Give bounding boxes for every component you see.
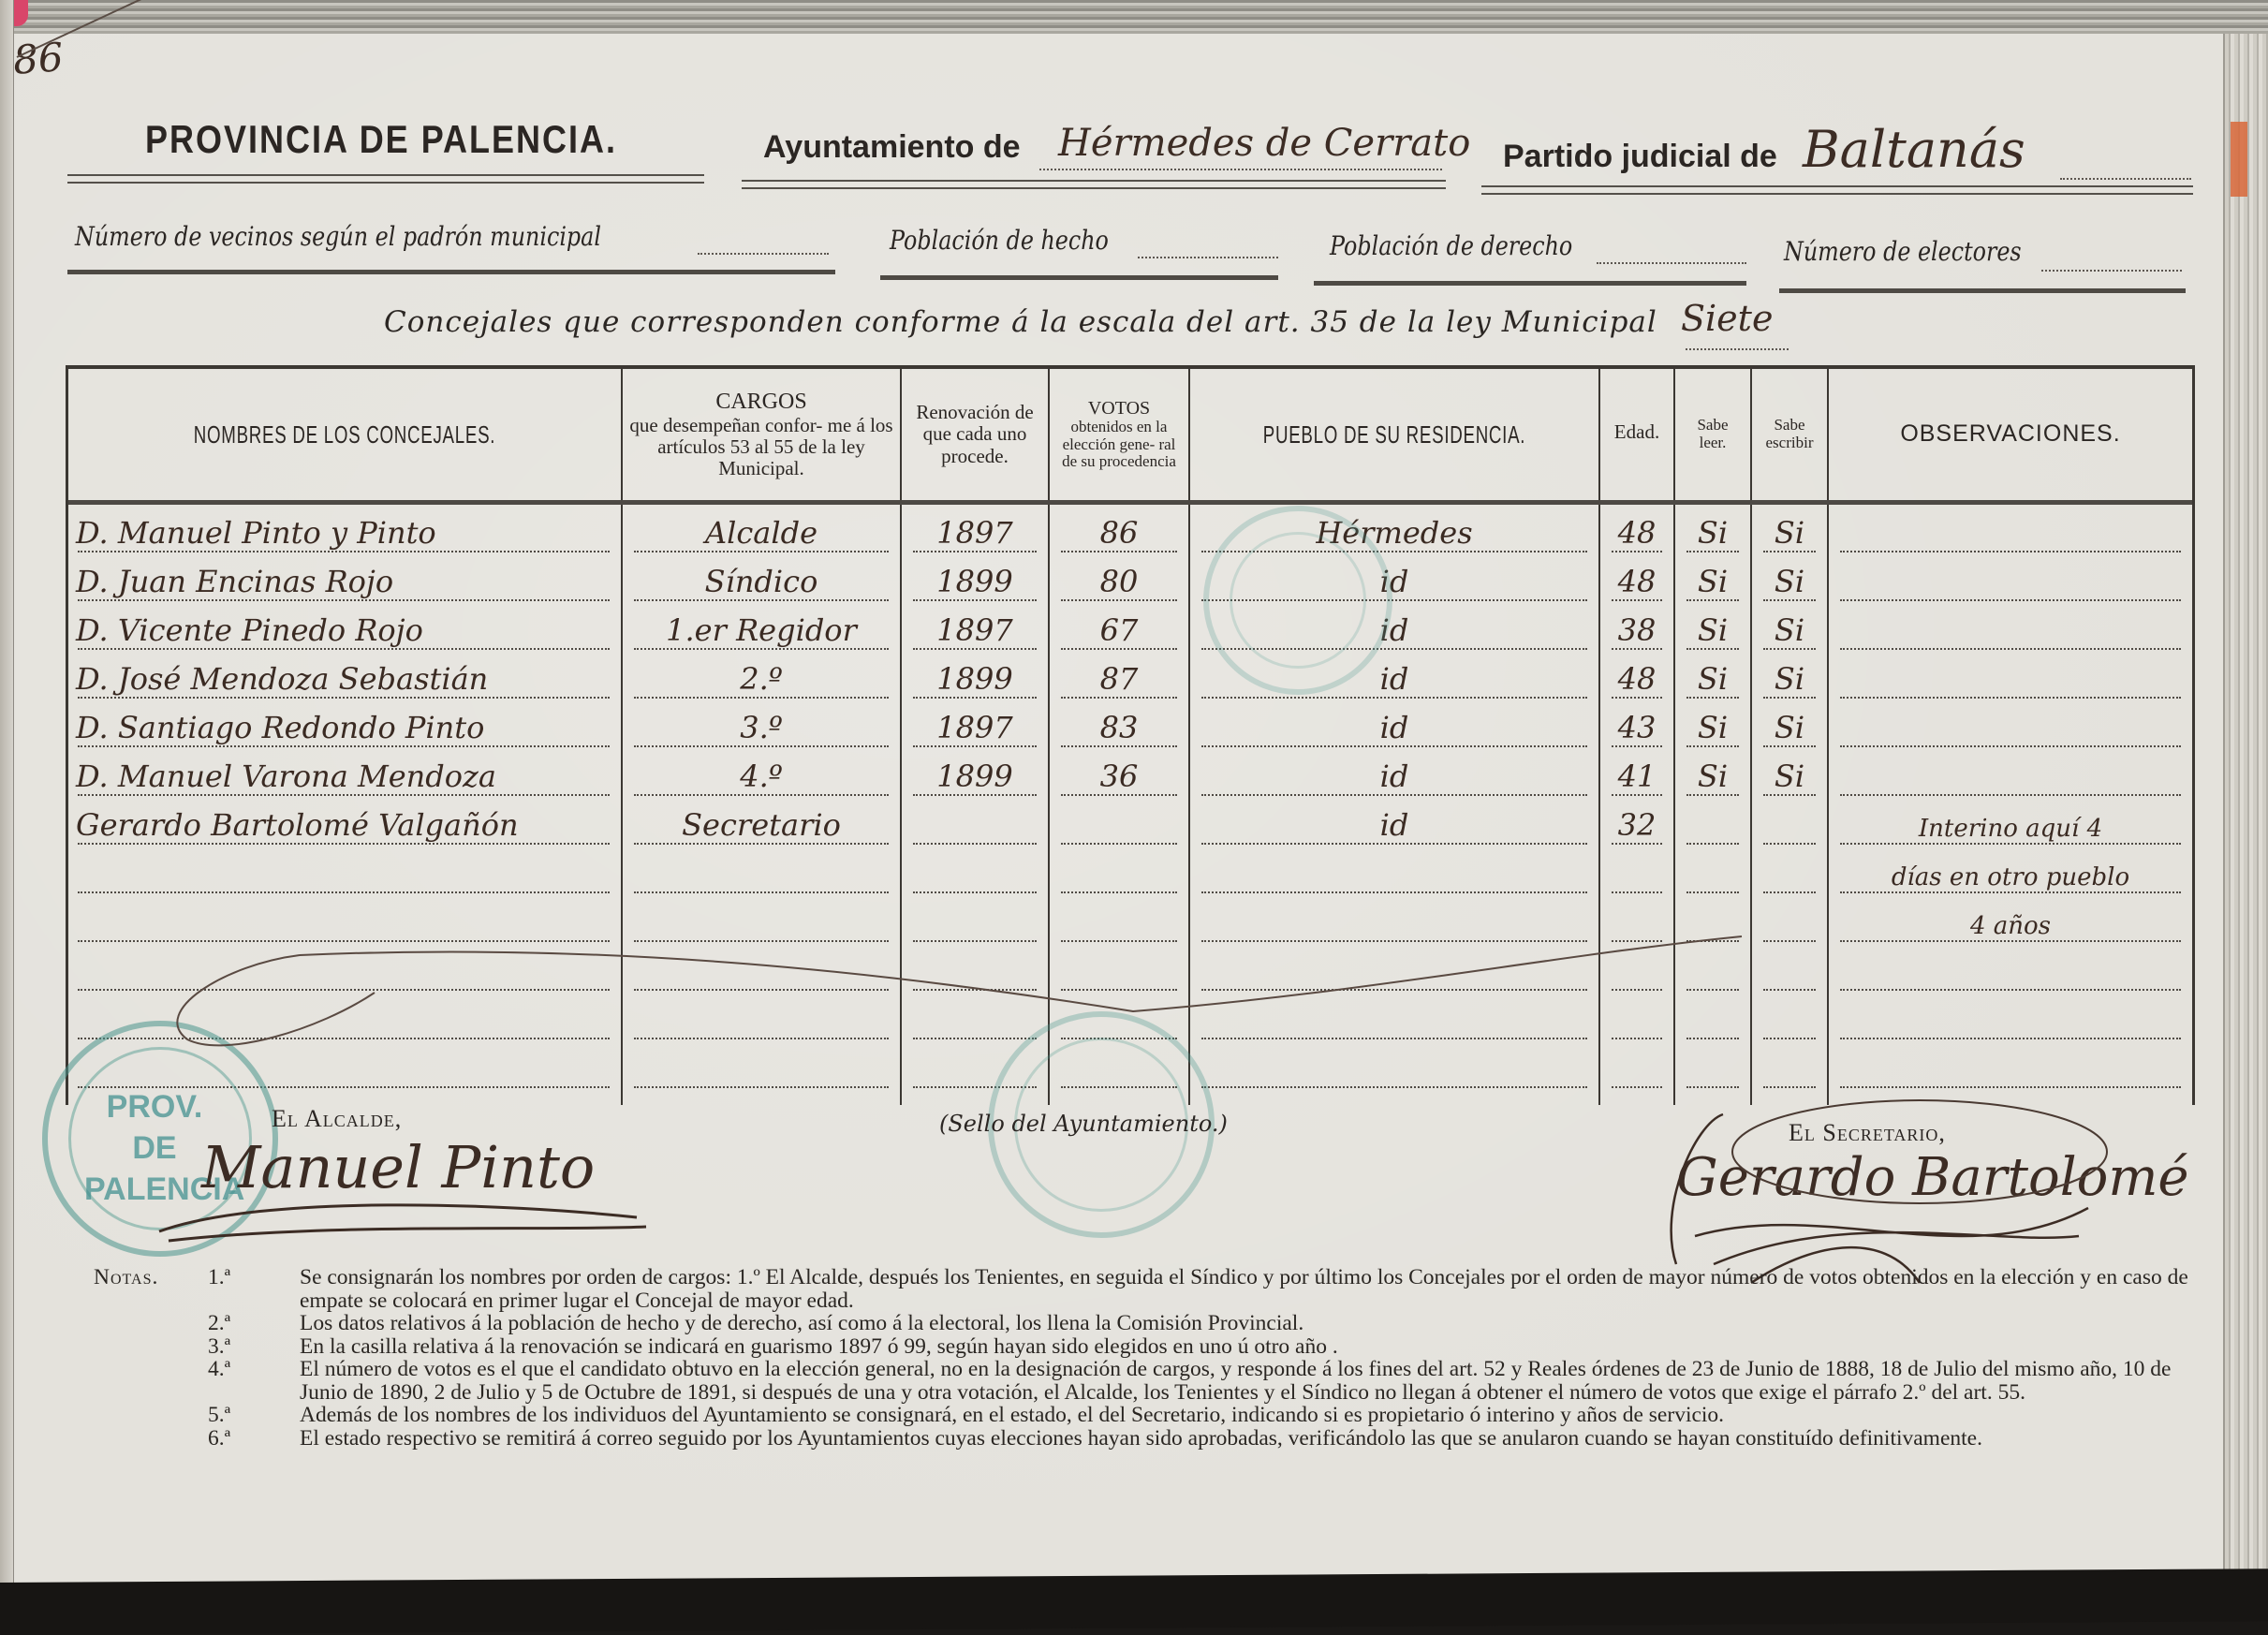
dotted-line: [1061, 551, 1177, 552]
dotted-line: [1840, 697, 2181, 699]
stamp-line: PROV.: [84, 1086, 225, 1127]
cell-escribir: Si: [1761, 661, 1818, 697]
dotted-line: [1686, 1086, 1739, 1088]
alcalde-label: El Alcalde,: [272, 1105, 402, 1133]
partido-value: Baltanás: [1803, 120, 2025, 179]
poblacion-derecho-field: [1597, 262, 1746, 264]
dotted-line: [1201, 843, 1587, 845]
table-row: D. Juan Encinas RojoSíndico189980id48SiS…: [68, 556, 2192, 605]
ayuntamiento-label: Ayuntamiento de: [763, 129, 1021, 166]
header-votos-title: VOTOS: [1088, 398, 1150, 419]
dotted-line: [913, 697, 1037, 699]
cell-pueblo: id: [1200, 807, 1589, 843]
note-item: 5.ªAdemás de los nombres de los individu…: [94, 1404, 2191, 1427]
cell-edad: 41: [1610, 759, 1664, 794]
province-title: PROVINCIA DE PALENCIA.: [145, 117, 617, 162]
vecinos-field: [698, 253, 829, 255]
note-number: 5.ª: [208, 1404, 230, 1427]
cancellation-stroke: [150, 936, 1742, 1058]
dotted-line: [1061, 891, 1177, 893]
cell-renovacion: 1897: [911, 612, 1038, 648]
cell-escribir: Si: [1761, 612, 1818, 648]
dotted-line: [1763, 843, 1816, 845]
note-item: 2.ªLos datos relativos á la población de…: [94, 1312, 2191, 1335]
dotted-line: [1201, 697, 1587, 699]
dotted-line: [1612, 648, 1662, 650]
header-nombres: NOMBRES DE LOS CONCEJALES.: [146, 369, 544, 500]
cell-nombre: D. Manuel Pinto y Pinto: [76, 515, 611, 551]
cell-leer: Si: [1685, 612, 1741, 648]
cell-leer: Si: [1685, 661, 1741, 697]
dotted-line: [1840, 1086, 2181, 1088]
dotted-line: [913, 551, 1037, 552]
table-row: días en otro pueblo: [68, 848, 2192, 897]
note-item: 3.ªEn la casilla relativa á la renovació…: [94, 1335, 2191, 1359]
dotted-line: [1763, 599, 1816, 601]
dotted-line: [634, 745, 889, 747]
cell-cargo: 4.º: [632, 759, 891, 794]
cell-pueblo: id: [1200, 759, 1589, 794]
rule: [1481, 185, 2193, 195]
poblacion-hecho-label: Población de hecho: [890, 225, 1109, 256]
dotted-line: [634, 648, 889, 650]
cell-escribir: Si: [1761, 759, 1818, 794]
dotted-line: [913, 745, 1037, 747]
ayuntamiento-value: Hérmedes de Cerrato: [1058, 122, 1470, 165]
cell-cargo: Alcalde: [632, 515, 891, 551]
poblacion-derecho-label: Población de derecho: [1330, 230, 1572, 261]
dotted-line: [1612, 697, 1662, 699]
dotted-line: [1686, 843, 1739, 845]
dotted-line: [1840, 843, 2181, 845]
notes-list: Notas.1.ªSe consignarán los nombres por …: [94, 1266, 2191, 1450]
cell-nombre: D. Juan Encinas Rojo: [76, 564, 611, 599]
cell-edad: 48: [1610, 661, 1664, 697]
header-sabe-leer: Sabe leer.: [1675, 369, 1750, 500]
dotted-line: [1612, 599, 1662, 601]
book-top-edge: [0, 0, 2268, 34]
dotted-line: [1612, 551, 1662, 552]
dotted-line: [634, 697, 889, 699]
dotted-line: [1763, 745, 1816, 747]
fill-line: [1686, 348, 1789, 350]
dotted-line: [1612, 745, 1662, 747]
header-votos-sub: obtenidos en la elección gene- ral de su…: [1050, 419, 1188, 471]
header-votos: VOTOS obtenidos en la elección gene- ral…: [1050, 369, 1188, 500]
note-text: Además de los nombres de los individuos …: [300, 1403, 1724, 1427]
dotted-line: [1763, 989, 1816, 991]
note-item: 4.ªEl número de votos es el que el candi…: [94, 1358, 2191, 1404]
cell-nombre: D. Santiago Redondo Pinto: [76, 710, 611, 745]
document-page: 86 PROVINCIA DE PALENCIA. Ayuntamiento d…: [0, 0, 2268, 1592]
cell-edad: 48: [1610, 564, 1664, 599]
cell-leer: Si: [1685, 564, 1741, 599]
header-rule: [68, 500, 2192, 505]
note-number: 1.ª: [208, 1266, 230, 1289]
dotted-line: [1840, 891, 2181, 893]
dotted-line: [78, 599, 610, 601]
table-row: D. José Mendoza Sebastián2.º189987id48Si…: [68, 654, 2192, 702]
rule: [1314, 281, 1746, 286]
cell-obs: días en otro pueblo: [1838, 863, 2183, 891]
cell-edad: 38: [1610, 612, 1664, 648]
dotted-line: [1840, 940, 2181, 942]
dotted-line: [1763, 697, 1816, 699]
dotted-line: [78, 648, 610, 650]
cell-pueblo: id: [1200, 710, 1589, 745]
cell-cargo: 2.º: [632, 661, 891, 697]
dotted-line: [1612, 1086, 1662, 1088]
cell-cargo: Síndico: [632, 564, 891, 599]
dotted-line: [634, 891, 889, 893]
notes-section: Notas.1.ªSe consignarán los nombres por …: [94, 1266, 2191, 1450]
dotted-line: [78, 794, 610, 796]
dotted-line: [1840, 599, 2181, 601]
dotted-line: [78, 697, 610, 699]
note-text: El número de votos es el que el candidat…: [300, 1357, 2171, 1405]
table-row: D. Manuel Varona Mendoza4.º189936id41SiS…: [68, 751, 2192, 800]
header-edad: Edad.: [1600, 369, 1673, 500]
note-number: 6.ª: [208, 1427, 230, 1451]
cell-obs: Interino aquí 4: [1838, 815, 2183, 843]
dotted-line: [78, 745, 610, 747]
dotted-line: [913, 794, 1037, 796]
cell-nombre: D. Manuel Varona Mendoza: [76, 759, 611, 794]
header-sabe-escribir: Sabe escribir: [1752, 369, 1827, 500]
dotted-line: [1686, 697, 1739, 699]
header-observaciones: OBSERVACIONES.: [1829, 369, 2192, 500]
cell-escribir: Si: [1761, 710, 1818, 745]
dotted-line: [1840, 1038, 2181, 1039]
dotted-line: [78, 551, 610, 552]
rule: [742, 180, 1446, 189]
faint-seal: [1203, 506, 1392, 695]
dotted-line: [1201, 794, 1587, 796]
dotted-line: [1686, 794, 1739, 796]
folio-number: 86: [11, 34, 65, 83]
dotted-line: [1612, 843, 1662, 845]
dotted-line: [1201, 745, 1587, 747]
dotted-line: [634, 599, 889, 601]
cell-edad: 43: [1610, 710, 1664, 745]
dotted-line: [1763, 1086, 1816, 1088]
note-text: Se consignarán los nombres por orden de …: [300, 1265, 2188, 1313]
dotted-line: [1763, 891, 1816, 893]
cell-obs: 4 años: [1838, 912, 2183, 940]
cell-renovacion: 1899: [911, 564, 1038, 599]
poblacion-hecho-field: [1138, 257, 1278, 258]
dotted-line: [634, 794, 889, 796]
concejales-value: Siete: [1681, 298, 1773, 339]
dotted-line: [1840, 745, 2181, 747]
rule: [67, 174, 704, 184]
dotted-line: [1686, 891, 1739, 893]
dotted-line: [634, 843, 889, 845]
cell-edad: 48: [1610, 515, 1664, 551]
header-cargos-sub: que desempeñan confor- me á los artículo…: [623, 415, 900, 479]
electores-field: [2041, 270, 2182, 272]
table-row: D. Manuel Pinto y PintoAlcalde189786Hérm…: [68, 508, 2192, 556]
note-text: Los datos relativos á la población de he…: [300, 1311, 1303, 1335]
cell-nombre: Gerardo Bartolomé Valgañón: [76, 807, 611, 843]
dotted-line: [1840, 648, 2181, 650]
header-cargos-title: CARGOS: [715, 390, 806, 414]
sello-label: (Sello del Ayuntamiento.): [939, 1111, 1228, 1137]
dotted-line: [1061, 697, 1177, 699]
header-pueblo: PUEBLO DE SU RESIDENCIA.: [1247, 369, 1541, 500]
cell-votos: 80: [1059, 564, 1179, 599]
rule: [1779, 288, 2186, 293]
dotted-line: [1763, 940, 1816, 942]
dotted-line: [1763, 794, 1816, 796]
dotted-line: [1061, 648, 1177, 650]
rule: [67, 270, 835, 274]
fill-line: [1039, 169, 1442, 170]
cell-nombre: D. José Mendoza Sebastián: [76, 661, 611, 697]
cell-cargo: 3.º: [632, 710, 891, 745]
table-row: Gerardo Bartolomé ValgañónSecretarioid32…: [68, 800, 2192, 848]
cell-votos: 67: [1059, 612, 1179, 648]
partido-label: Partido judicial de: [1503, 139, 1777, 175]
dotted-line: [1686, 648, 1739, 650]
dotted-line: [78, 891, 610, 893]
cell-leer: Si: [1685, 759, 1741, 794]
secretario-flourish: [1639, 1096, 2126, 1292]
dotted-line: [1686, 745, 1739, 747]
alcalde-flourish: [150, 1180, 674, 1255]
dotted-line: [1201, 891, 1587, 893]
cell-leer: Si: [1685, 710, 1741, 745]
cell-renovacion: 1897: [911, 710, 1038, 745]
dotted-line: [913, 891, 1037, 893]
note-text: El estado respectivo se remitirá á corre…: [300, 1426, 1982, 1451]
dotted-line: [634, 1086, 889, 1088]
book-gutter: [0, 0, 14, 1592]
cell-renovacion: 1899: [911, 759, 1038, 794]
dotted-line: [1612, 891, 1662, 893]
dotted-line: [1763, 648, 1816, 650]
electores-label: Número de electores: [1784, 236, 2022, 267]
dotted-line: [1840, 989, 2181, 991]
dotted-line: [1061, 794, 1177, 796]
dotted-line: [1763, 551, 1816, 552]
dotted-line: [1061, 745, 1177, 747]
cell-renovacion: 1897: [911, 515, 1038, 551]
note-item: Notas.1.ªSe consignarán los nombres por …: [94, 1266, 2191, 1312]
dotted-line: [1686, 599, 1739, 601]
cell-votos: 36: [1059, 759, 1179, 794]
cell-cargo: Secretario: [632, 807, 891, 843]
dotted-line: [1840, 794, 2181, 796]
cell-cargo: 1.er Regidor: [632, 612, 891, 648]
dotted-line: [78, 843, 610, 845]
header-renovacion: Renovación de que cada uno procede.: [902, 369, 1048, 500]
dotted-line: [913, 648, 1037, 650]
note-number: 2.ª: [208, 1312, 230, 1335]
book-page-edges: [2223, 34, 2268, 1592]
dotted-line: [634, 551, 889, 552]
cell-votos: 87: [1059, 661, 1179, 697]
note-text: En la casilla relativa á la renovación s…: [300, 1334, 1338, 1359]
cell-escribir: Si: [1761, 564, 1818, 599]
dotted-line: [1763, 1038, 1816, 1039]
fill-line: [2060, 178, 2191, 180]
dotted-line: [1612, 794, 1662, 796]
rule: [880, 275, 1278, 280]
cell-leer: Si: [1685, 515, 1741, 551]
dotted-line: [1061, 843, 1177, 845]
header-cargos: CARGOS que desempeñan confor- me á los a…: [623, 369, 900, 500]
cell-votos: 86: [1059, 515, 1179, 551]
note-item: 6.ªEl estado respectivo se remitirá á co…: [94, 1427, 2191, 1451]
orange-page-marker: [2231, 122, 2247, 197]
cell-escribir: Si: [1761, 515, 1818, 551]
note-number: 4.ª: [208, 1358, 230, 1381]
notes-label: Notas.: [94, 1266, 158, 1289]
vecinos-label: Número de vecinos según el padrón munici…: [75, 221, 601, 252]
table-row: D. Vicente Pinedo Rojo1.er Regidor189767…: [68, 605, 2192, 654]
dotted-line: [913, 599, 1037, 601]
dotted-line: [913, 843, 1037, 845]
dotted-line: [1061, 599, 1177, 601]
dotted-line: [1686, 551, 1739, 552]
cell-votos: 83: [1059, 710, 1179, 745]
cell-edad: 32: [1610, 807, 1664, 843]
cell-renovacion: 1899: [911, 661, 1038, 697]
dotted-line: [1840, 551, 2181, 552]
table-row: D. Santiago Redondo Pinto3.º189783id43Si…: [68, 702, 2192, 751]
concejales-label: Concejales que corresponden conforme á l…: [384, 305, 1657, 339]
dotted-line: [1201, 1086, 1587, 1088]
note-number: 3.ª: [208, 1335, 230, 1359]
cell-nombre: D. Vicente Pinedo Rojo: [76, 612, 611, 648]
